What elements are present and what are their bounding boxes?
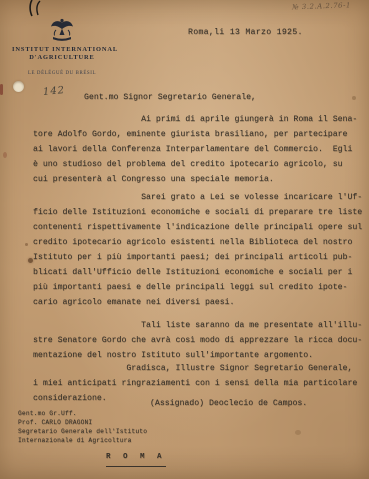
margin-number-annotation: 142 bbox=[43, 85, 66, 98]
recipient-city: R O M A bbox=[106, 450, 166, 467]
letterhead-line-2: D'AGRICULTURE bbox=[12, 54, 112, 62]
paragraph-3: Tali liste saranno da me presentate all'… bbox=[33, 318, 362, 363]
punch-hole bbox=[13, 81, 24, 92]
archive-number-annotation: № 3.2.A.2.76-1 bbox=[292, 1, 368, 12]
pen-stroke-mark bbox=[26, 0, 46, 17]
letterhead-line-1: INSTITUT INTERNATIONAL bbox=[12, 46, 112, 54]
paper-stain bbox=[295, 430, 301, 435]
paper-stain bbox=[25, 243, 28, 246]
letterhead-line-3: LE DÉLÉGUÉ DU BRÉSIL bbox=[12, 70, 112, 77]
paper-stain bbox=[3, 152, 7, 158]
red-margin-mark bbox=[0, 84, 3, 95]
eagle-crest-icon bbox=[49, 16, 75, 43]
letter-page: № 3.2.A.2.76-1 INSTITUT INTERNATIONAL D'… bbox=[0, 0, 369, 479]
paper-stain bbox=[28, 258, 33, 263]
paragraph-2: Sarei grato a Lei se volesse incaricare … bbox=[33, 190, 362, 310]
paper-stain bbox=[352, 96, 356, 100]
signature-line: (Assignado) Deoclecio de Campos. bbox=[150, 396, 307, 411]
recipient-block: Gent.mo Gr.Uff. Prof. CARLO DRAGONI Segr… bbox=[18, 409, 147, 445]
date-line: Roma,li 13 Marzo 1925. bbox=[188, 25, 303, 40]
salutation: Gent.mo Signor Segretario Generale, bbox=[84, 90, 256, 105]
paragraph-1: Ai primi di aprile giungerà in Roma il S… bbox=[33, 112, 357, 187]
letterhead: INSTITUT INTERNATIONAL D'AGRICULTURE LE … bbox=[12, 16, 112, 77]
